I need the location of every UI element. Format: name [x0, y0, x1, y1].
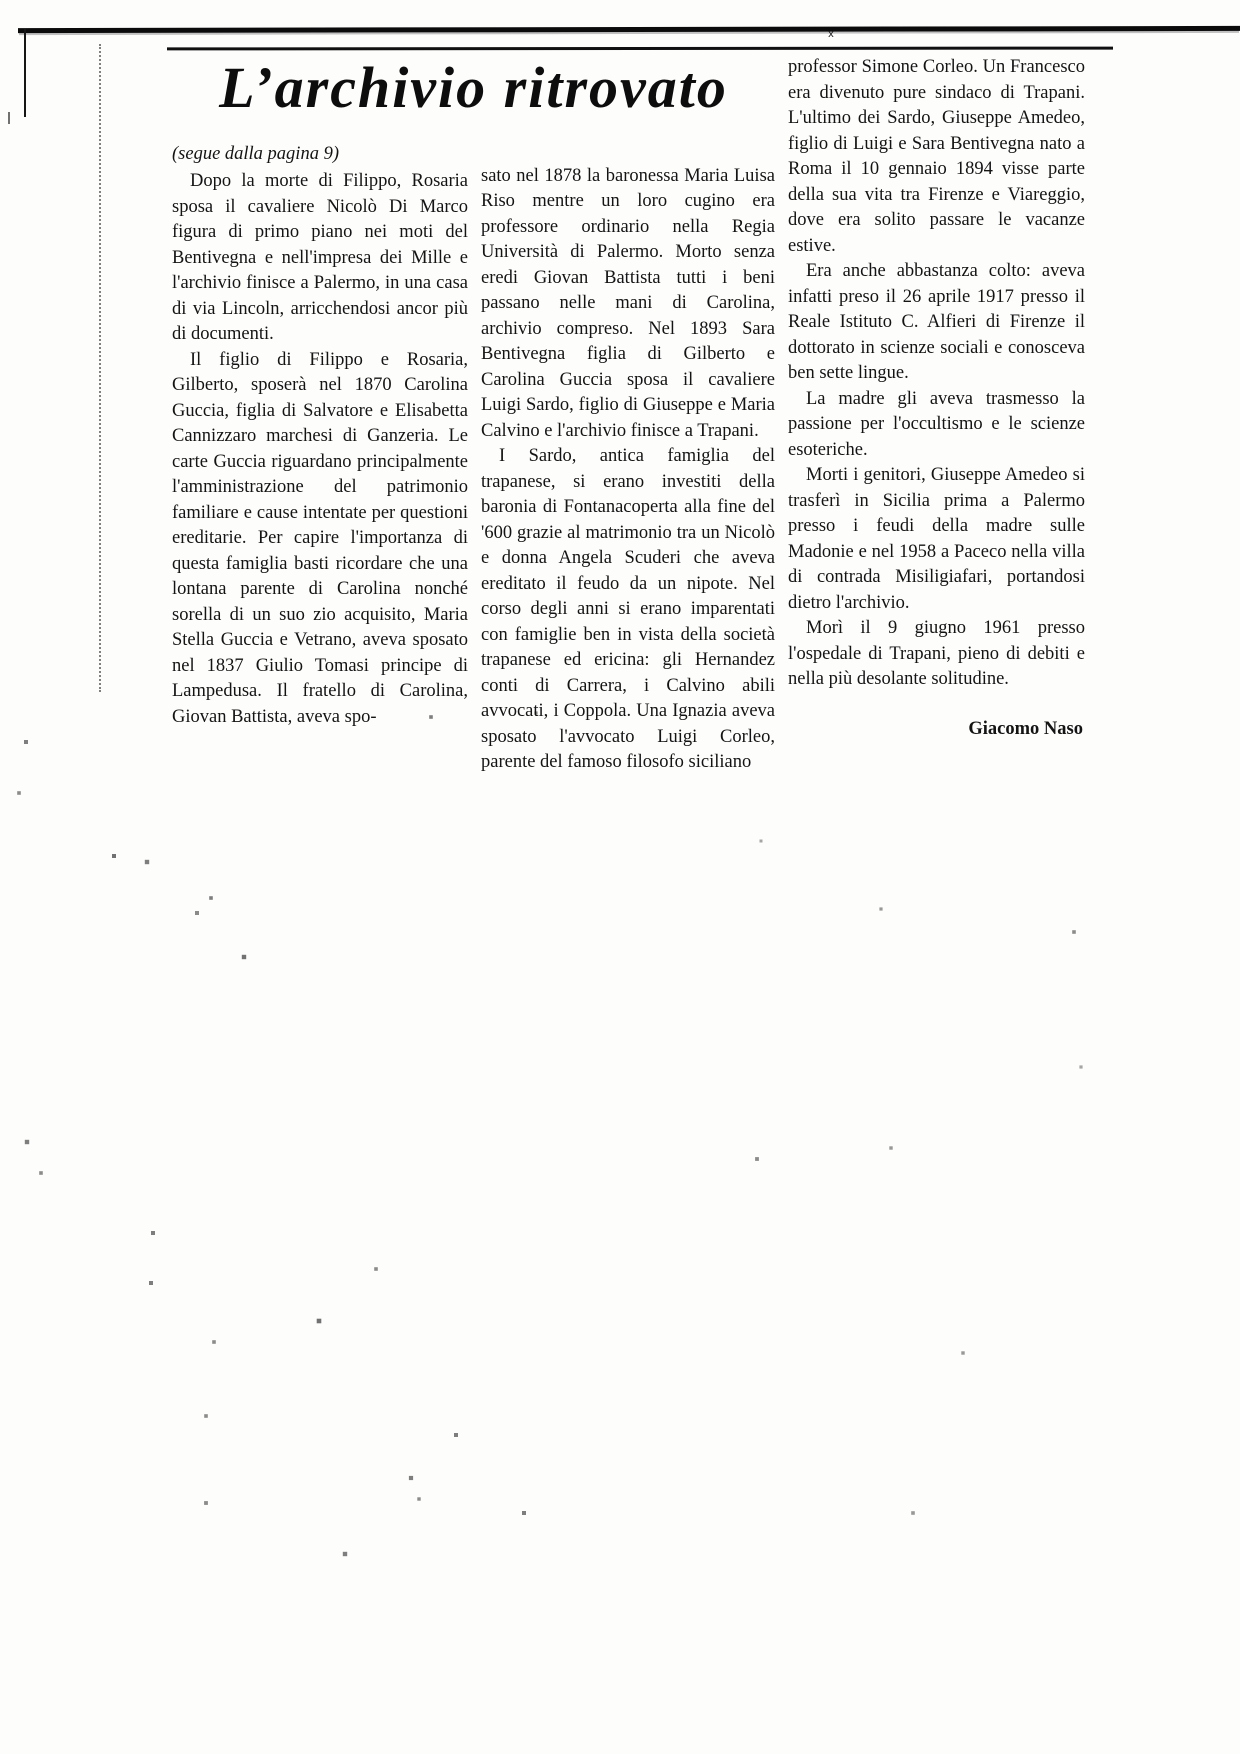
article-paragraph: Il figlio di Filippo e Rosaria, Gilberto… [172, 348, 468, 731]
title-rule [167, 47, 1113, 51]
article-paragraph: Era anche abbastanza colto: aveva infatt… [788, 259, 1085, 387]
column-1: (segue dalla pagina 9) Dopo la morte di … [172, 142, 468, 776]
margin-dashed-artifact [99, 44, 101, 692]
left-edge-artifact [24, 29, 26, 117]
article-left-section: L’archivio ritrovato (segue dalla pagina… [172, 55, 775, 776]
article-paragraph: I Sardo, antica famiglia del trapanese, … [481, 444, 775, 776]
article-paragraph: sato nel 1878 la baronessa Maria Luisa R… [481, 164, 775, 445]
article-paragraph: professor Simone Corleo. Un Francesco er… [788, 55, 1085, 259]
columns-1-2: (segue dalla pagina 9) Dopo la morte di … [172, 142, 775, 776]
x-mark-artifact: x [828, 32, 833, 37]
byline: Giacomo Naso [788, 717, 1085, 743]
continuation-note: (segue dalla pagina 9) [172, 142, 468, 168]
margin-tick-artifact [8, 112, 10, 124]
column-3: professor Simone Corleo. Un Francesco er… [788, 55, 1085, 776]
article-paragraph: La madre gli aveva trasmesso la passione… [788, 387, 1085, 464]
page-title: L’archivio ritrovato [172, 55, 775, 122]
article-paragraph: Morì il 9 giugno 1961 presso l'ospedale … [788, 616, 1085, 693]
top-rule [18, 26, 1240, 33]
scan-noise-specks [0, 0, 2, 2]
article-paragraph: Dopo la morte di Filippo, Rosaria sposa … [172, 169, 468, 348]
scanned-newspaper-page: x L’archivio ritrovato (segue dalla pagi… [0, 0, 1240, 1754]
article-paragraph: Morti i genitori, Giuseppe Amedeo si tra… [788, 463, 1085, 616]
article: L’archivio ritrovato (segue dalla pagina… [172, 55, 1085, 776]
column-2: sato nel 1878 la baronessa Maria Luisa R… [481, 142, 775, 776]
